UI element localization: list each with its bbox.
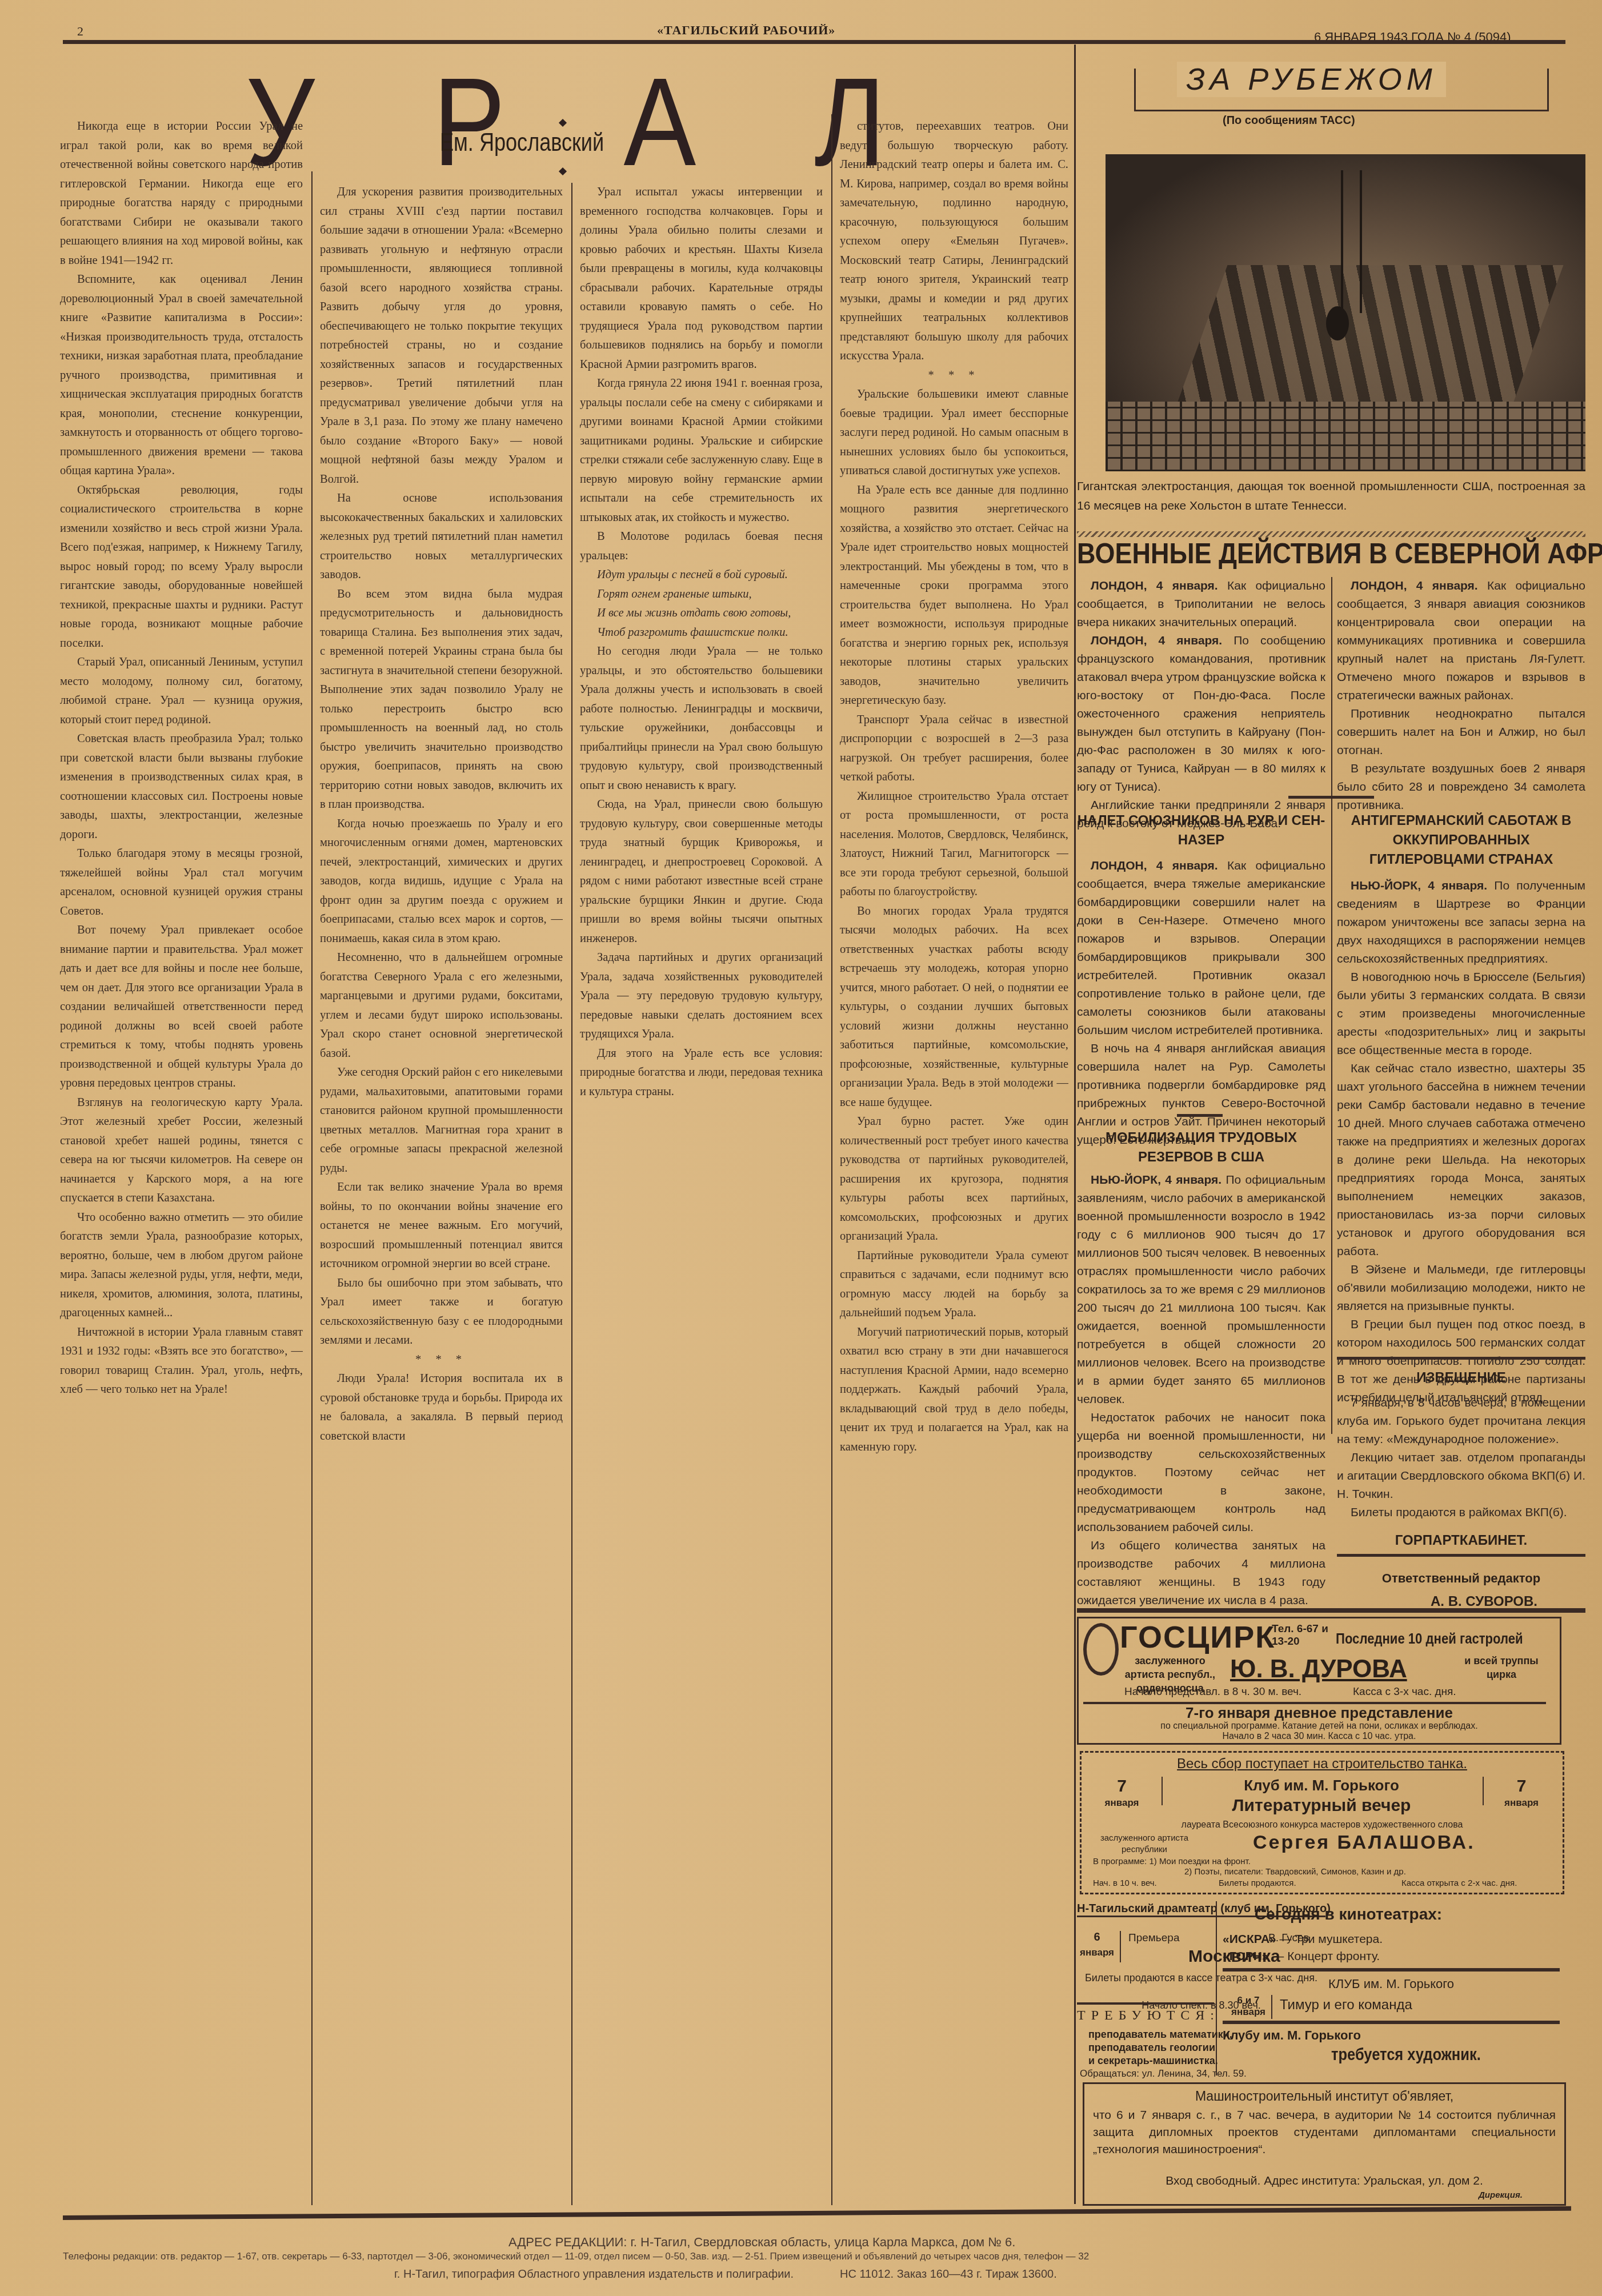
footer-address: АДРЕС РЕДАКЦИИ: г. Н-Тагил, Свердловская… bbox=[508, 2235, 1015, 2250]
article-paragraph: Никогда еще в истории России Урал не игр… bbox=[60, 117, 303, 270]
news-africa-left: ЛОНДОН, 4 января. Как официально сообщае… bbox=[1077, 577, 1325, 833]
article-paragraph: Вот почему Урал привлекает особое вниман… bbox=[60, 921, 303, 1093]
wanted-contact: Обращаться: ул. Ленина, 34, тел. 59. bbox=[1080, 2068, 1247, 2079]
institute-announcement: Машиностроительный институт об'являет, ч… bbox=[1083, 2082, 1566, 2206]
drama-date-month: января bbox=[1077, 1947, 1117, 1958]
circus-matinee-times: Начало в 2 часа 30 мин. Касса с 10 час. … bbox=[1079, 1732, 1560, 1742]
crane-cable bbox=[1341, 170, 1343, 322]
article-author: Ем. Ярославский bbox=[440, 129, 604, 157]
ad-divider bbox=[1483, 1777, 1484, 1805]
dateline: ЛОНДОН, 4 января. bbox=[1091, 579, 1227, 592]
article-paragraph: Октябрьская революция, годы социалистиче… bbox=[60, 481, 303, 654]
artist-name: Сергея БАЛАШОВА. bbox=[1253, 1832, 1475, 1854]
section-subtitle: (По сообщениям ТАСС) bbox=[1223, 114, 1355, 127]
poem-line: И все мы жизнь отдать свою готовы, bbox=[580, 604, 823, 623]
section-divider bbox=[1337, 1554, 1585, 1557]
ad-divider bbox=[1271, 1995, 1272, 2019]
section-break: * * * bbox=[320, 1351, 563, 1370]
section-divider bbox=[1077, 1608, 1585, 1613]
photo-structure bbox=[1176, 265, 1564, 408]
article-column-4: ститутов, переехавших театров. Они ведут… bbox=[840, 117, 1068, 2208]
notice-title: ИЗВЕЩЕНИЕ bbox=[1337, 1368, 1585, 1388]
date-day: 7 bbox=[1484, 1777, 1559, 1796]
dateline: НЬЮ-ЙОРК, 4 января. bbox=[1351, 879, 1494, 892]
news-paragraph: НЬЮ-ЙОРК, 4 января. По полученным сведен… bbox=[1337, 877, 1585, 968]
article-paragraph: Во всем этом видна была мудрая предусмот… bbox=[320, 585, 563, 815]
news-paragraph: ЛОНДОН, 4 января. Как официально сообщае… bbox=[1077, 577, 1325, 632]
article-paragraph: Могучий патриотический порыв, который ох… bbox=[840, 1323, 1068, 1457]
photo-caption: Гигантская электростанция, дающая ток во… bbox=[1077, 477, 1585, 516]
section-divider bbox=[1223, 1968, 1560, 1972]
article-paragraph: На основе использования высококачественн… bbox=[320, 489, 563, 585]
news-paragraph: Лекцию читает зав. отделом пропаганды и … bbox=[1337, 1449, 1585, 1504]
column-divider bbox=[1331, 577, 1332, 1434]
cinema-venue: «ГОРН» bbox=[1223, 1950, 1269, 1963]
column-divider bbox=[1074, 45, 1076, 2204]
wanted-item: и секретарь-машинистка. bbox=[1088, 2054, 1232, 2067]
program-item-1: В программе: 1) Мои поездки на фронт. bbox=[1093, 1857, 1251, 1866]
article-paragraph: Жилищное строительство Урала отстает от … bbox=[840, 787, 1068, 902]
poem-line: Идут уральцы с песней в бой суровый. bbox=[580, 566, 823, 585]
poem-line: Чтоб разгромить фашистские полки. bbox=[580, 623, 823, 643]
news-paragraph: Из общего количества занятых на производ… bbox=[1077, 1537, 1325, 1610]
header-rule bbox=[63, 40, 1565, 44]
article-paragraph: Если так велико значение Урала во время … bbox=[320, 1178, 563, 1274]
article-column-3: Урал испытал ужасы интервенции и временн… bbox=[580, 183, 823, 2208]
circus-times: Начало представл. в 8 ч. 30 м. веч. bbox=[1124, 1686, 1301, 1698]
article-paragraph: Для этого на Урале есть все условия: при… bbox=[580, 1044, 823, 1102]
news-paragraph: Противник неоднократно пытался совершить… bbox=[1337, 705, 1585, 760]
article-paragraph: Урал бурно растет. Уже один количественн… bbox=[840, 1112, 1068, 1247]
editor-label: Ответственный редактор bbox=[1337, 1571, 1585, 1586]
article-paragraph: Старый Урал, описанный Лениным, уступил … bbox=[60, 653, 303, 730]
notice-signature: ГОРПАРТКАБИНЕТ. bbox=[1337, 1531, 1585, 1550]
article-paragraph: Но сегодня люди Урала — не только уральц… bbox=[580, 642, 823, 795]
circus-box-office: Касса с 3-х час. дня. bbox=[1353, 1686, 1456, 1698]
article-paragraph: Ничтожной в истории Урала главным ставят… bbox=[60, 1323, 303, 1400]
drama-date-day: 6 bbox=[1077, 1931, 1117, 1944]
news-paragraph: НЬЮ-ЙОРК, 4 января. По официальным заявл… bbox=[1077, 1171, 1325, 1409]
institute-signature: Дирекция. bbox=[1479, 2190, 1523, 2200]
laureate-line: лауреата Всесоюзного конкурса мастеров х… bbox=[1082, 1820, 1563, 1830]
article-paragraph: Только благодаря этому в месяцы грозной,… bbox=[60, 844, 303, 921]
article-paragraph: Транспорт Урала сейчас в известной диспр… bbox=[840, 711, 1068, 787]
circus-matinee-desc: по специальной программе. Катание детей … bbox=[1079, 1721, 1560, 1732]
article-paragraph: Уральские большевики имеют славные боевы… bbox=[840, 385, 1068, 481]
footer-order: НС 11012. Заказ 160—43 г. Тираж 13600. bbox=[840, 2268, 1057, 2281]
news-paragraph: ЛОНДОН, 4 января. По сообщению французск… bbox=[1077, 632, 1325, 796]
article-paragraph: Взглянув на геологическую карту Урала. Э… bbox=[60, 1093, 303, 1208]
short-divider bbox=[1288, 796, 1374, 799]
cinema-film: — Концерт фронту. bbox=[1272, 1950, 1380, 1963]
institute-entry: Вход свободный. Адрес института: Уральск… bbox=[1084, 2174, 1564, 2188]
headline-sabotage: АНТИГЕРМАНСКИЙ САБОТАЖ В ОККУПИРОВАННЫХ … bbox=[1337, 811, 1585, 869]
news-paragraph: ЛОНДОН, 4 января. Как официально сообщае… bbox=[1337, 577, 1585, 705]
section-title-abroad: ЗА РУБЕЖОМ bbox=[1177, 62, 1446, 97]
crane-cable bbox=[1360, 170, 1362, 313]
news-allied-raid: ЛОНДОН, 4 января. Как официально сообщае… bbox=[1077, 857, 1325, 1149]
dateline: ЛОНДОН, 4 января. bbox=[1091, 859, 1227, 872]
article-paragraph: Во многих городах Урала трудятся тысячи … bbox=[840, 902, 1068, 1113]
news-africa-right: ЛОНДОН, 4 января. Как официально сообщае… bbox=[1337, 577, 1585, 815]
institute-heading: Машиностроительный институт об'являет, bbox=[1084, 2089, 1564, 2104]
cinema-listing: «ИСКРА» — Три мушкетера. «ГОРН» — Концер… bbox=[1223, 1931, 1383, 1965]
circus-artist-suffix: и всей труппы цирка bbox=[1456, 1654, 1547, 1681]
article-paragraph: Партийные руководители Урала сумеют спра… bbox=[840, 1247, 1068, 1323]
article-paragraph: Когда ночью проезжаешь по Уралу и его мн… bbox=[320, 815, 563, 949]
power-station-photo bbox=[1106, 154, 1585, 471]
column-divider bbox=[311, 171, 313, 2205]
club-film-title: Тимур и его команда bbox=[1280, 1997, 1412, 2013]
date-month: января bbox=[1484, 1797, 1559, 1809]
wavy-divider bbox=[1077, 531, 1585, 537]
news-paragraph: В результате воздушных боев 2 января был… bbox=[1337, 760, 1585, 815]
event-start: Нач. в 10 ч. веч. bbox=[1093, 1878, 1157, 1888]
poem-line: Горят огнем граненые штыки, bbox=[580, 585, 823, 604]
circus-matinee-title: 7-го января дневное представление bbox=[1079, 1704, 1560, 1722]
news-paragraph: Билеты продаются в райкомах ВКП(б). bbox=[1337, 1504, 1585, 1522]
article-paragraph: Вспомните, как оценивал Ленин дореволюци… bbox=[60, 270, 303, 481]
article-column-2: Для ускорения развития производительных … bbox=[320, 183, 563, 2208]
article-paragraph: Урал испытал ужасы интервенции и временн… bbox=[580, 183, 823, 374]
photo-railing bbox=[1106, 402, 1585, 471]
circus-phones: Тел. 6-67 и 13-20 bbox=[1272, 1623, 1329, 1648]
news-paragraph: В Эйзене и Мальмеди, где гитлеровцы об'я… bbox=[1337, 1261, 1585, 1316]
article-paragraph: Несомненно, что в дальнейшем огромные бо… bbox=[320, 948, 563, 1063]
event-box-office: Касса открыта с 2-х час. дня. bbox=[1401, 1878, 1517, 1888]
cinema-film: — Три мушкетера. bbox=[1280, 1933, 1383, 1946]
page-number: 2 bbox=[77, 24, 83, 39]
headline-allied-raid: НАЛЕТ СОЮЗНИКОВ НА РУР И СЕН-НАЗЕР bbox=[1077, 811, 1325, 850]
wanted-title: ТРЕБУЮТСЯ: bbox=[1077, 2008, 1220, 2023]
section-divider bbox=[1077, 2002, 1214, 2005]
event-title: Литературный вечер bbox=[1162, 1796, 1481, 1816]
news-paragraph: В Греции был пущен под откос поезд, в ко… bbox=[1337, 1316, 1585, 1407]
dateline: НЬЮ-ЙОРК, 4 января. bbox=[1091, 1173, 1225, 1187]
wanted-list: преподаватель математики, преподаватель … bbox=[1088, 2028, 1232, 2067]
footer-rule bbox=[63, 2206, 1571, 2220]
artist-prefix: заслуженного артиста республики bbox=[1096, 1833, 1193, 1856]
newspaper-page: 2 «ТАГИЛЬСКИЙ РАБОЧИЙ» 6 ЯНВАРЯ 1943 ГОД… bbox=[0, 0, 1602, 2296]
column-divider bbox=[831, 114, 832, 2205]
article-paragraph: Когда грянула 22 июня 1941 г. военная гр… bbox=[580, 374, 823, 527]
section-break: * * * bbox=[840, 366, 1068, 386]
headline-labor-mobilization: МОБИЛИЗАЦИЯ ТРУДОВЫХ РЕЗЕРВОВ В США bbox=[1077, 1128, 1325, 1167]
cinema-venue: «ИСКРА» bbox=[1223, 1933, 1276, 1946]
article-paragraph: ститутов, переехавших театров. Они ведут… bbox=[840, 117, 1068, 366]
article-paragraph: Уже сегодня Орский район с его никелевым… bbox=[320, 1063, 563, 1178]
event-tickets: Билеты продаются. bbox=[1219, 1878, 1296, 1888]
article-paragraph: Для ускорения развития производительных … bbox=[320, 183, 563, 489]
dateline: ЛОНДОН, 4 января. bbox=[1351, 579, 1487, 592]
literary-evening-ad: Весь сбор поступает на строительство тан… bbox=[1080, 1751, 1564, 1894]
circus-artist: Ю. В. ДУРОВА bbox=[1230, 1655, 1407, 1684]
article-paragraph: Советская власть преобразила Урал; тольк… bbox=[60, 730, 303, 844]
article-paragraph: Люди Урала! История воспитала их в суров… bbox=[320, 1369, 563, 1446]
article-paragraph: Сюда, на Урал, принесли свою большую тру… bbox=[580, 795, 823, 948]
editor-name: А. В. СУВОРОВ. bbox=[1360, 1594, 1602, 1610]
news-sabotage: НЬЮ-ЙОРК, 4 января. По полученным сведен… bbox=[1337, 877, 1585, 1407]
circus-name: ГОСЦИРК bbox=[1120, 1620, 1275, 1655]
article-paragraph: На Урале есть все данные для подлинно мо… bbox=[840, 481, 1068, 711]
circus-emblem-icon bbox=[1083, 1623, 1119, 1676]
footer-phones: Телефоны редакции: отв. редактор — 1-67,… bbox=[63, 2251, 1089, 2262]
cinema-title: Сегодня в кинотеатрах: bbox=[1223, 1905, 1474, 1924]
club-film-club: КЛУБ им. М. Горького bbox=[1223, 1977, 1560, 1992]
date-month: января bbox=[1086, 1797, 1158, 1809]
article-column-1: Никогда еще в истории России Урал не игр… bbox=[60, 117, 303, 2208]
article-paragraph: В Молотове родилась боевая песня уральце… bbox=[580, 527, 823, 566]
artist-wanted-text: требуется художник. bbox=[1331, 2045, 1481, 2065]
date-day: 7 bbox=[1086, 1777, 1158, 1796]
short-divider bbox=[1177, 1114, 1223, 1117]
circus-headline: Последние 10 дней гастролей bbox=[1336, 1630, 1523, 1648]
wanted-item: преподаватель математики, bbox=[1088, 2028, 1232, 2041]
news-paragraph: Как сейчас стало известно, шахтеры 35 ша… bbox=[1337, 1060, 1585, 1261]
section-divider bbox=[1223, 2021, 1560, 2024]
news-labor-mobilization: НЬЮ-ЙОРК, 4 января. По официальным заявл… bbox=[1077, 1171, 1325, 1610]
masthead: «ТАГИЛЬСКИЙ РАБОЧИЙ» bbox=[657, 23, 835, 38]
artist-wanted-club: Клубу им. М. Горького bbox=[1223, 2028, 1361, 2043]
tank-fund-banner: Весь сбор поступает на строительство тан… bbox=[1082, 1756, 1563, 1772]
premiere-label: Премьера bbox=[1128, 1932, 1179, 1945]
news-paragraph: В новогоднюю ночь в Брюсселе (Бельгия) б… bbox=[1337, 968, 1585, 1060]
notice-body: 7 января, в 8 часов вечера, в помещении … bbox=[1337, 1394, 1585, 1522]
news-paragraph: Недостаток рабочих не наносит пока ущерб… bbox=[1077, 1409, 1325, 1537]
club-film-dates: 6 и 7 января bbox=[1228, 1995, 1268, 2018]
program-item-2: 2) Поэты, писатели: Твардовский, Симонов… bbox=[1184, 1867, 1406, 1877]
section-divider bbox=[1337, 1357, 1585, 1360]
dateline: ЛОНДОН, 4 января. bbox=[1091, 634, 1233, 647]
news-paragraph: ЛОНДОН, 4 января. Как официально сообщае… bbox=[1077, 857, 1325, 1040]
column-divider bbox=[571, 183, 572, 2205]
article-paragraph: Что особенно важно отметить — это обилие… bbox=[60, 1208, 303, 1323]
article-paragraph: Было бы ошибочно при этом забывать, что … bbox=[320, 1274, 563, 1351]
headline-north-africa: ВОЕННЫЕ ДЕЙСТВИЯ В СЕВЕРНОЙ АФРИКЕ bbox=[1077, 537, 1535, 570]
news-paragraph: 7 января, в 8 часов вечера, в помещении … bbox=[1337, 1394, 1585, 1449]
institute-body: что 6 и 7 января с. г., в 7 час. вечера,… bbox=[1093, 2107, 1556, 2158]
ad-divider bbox=[1120, 1931, 1121, 1962]
club-name: Клуб им. М. Горького bbox=[1162, 1777, 1481, 1794]
footer-printer: г. Н-Тагил, типография Областного управл… bbox=[394, 2268, 794, 2281]
wanted-item: преподаватель геологии bbox=[1088, 2041, 1232, 2054]
article-paragraph: Задача партийных и других организаций Ур… bbox=[580, 948, 823, 1044]
circus-ad: ГОСЦИРК Тел. 6-67 и 13-20 Последние 10 д… bbox=[1077, 1617, 1561, 1745]
